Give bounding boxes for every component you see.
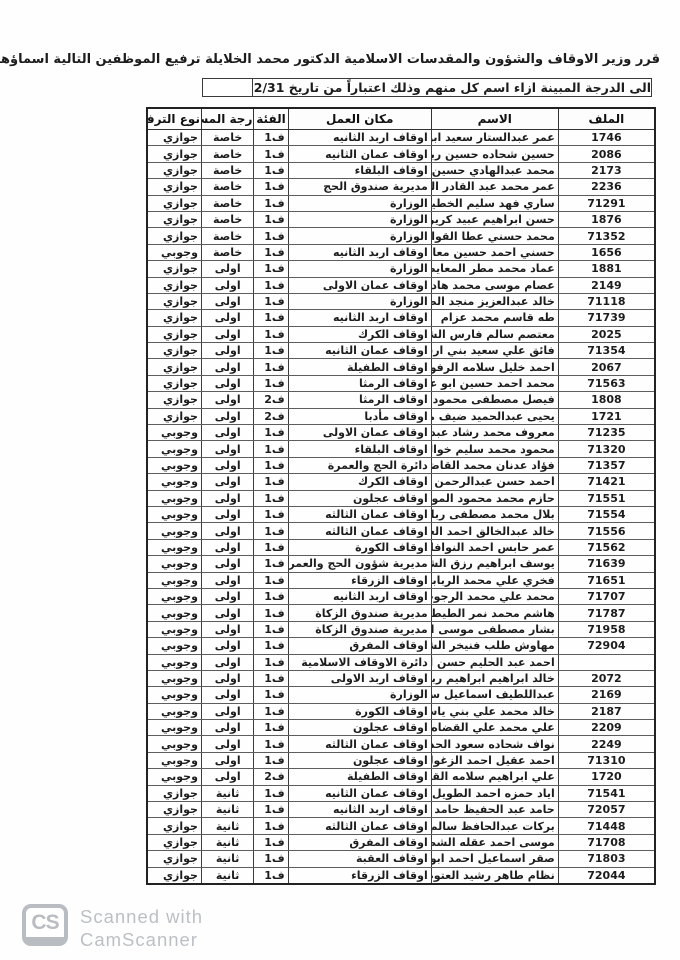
- cell-grade: خاصة: [201, 130, 253, 146]
- cell-promotion-type: جوازي: [147, 326, 201, 342]
- cell-workplace: اوقاف عجلون: [288, 752, 431, 768]
- header-employee-name: الاسم: [431, 108, 558, 130]
- cell-grade: اولى: [201, 654, 253, 670]
- cell-file-number: 1656: [558, 244, 655, 260]
- table-row: 71235 معروف محمد رشاد عبدالسلام الشر اوق…: [147, 425, 655, 441]
- cell-category: ف1: [254, 703, 288, 719]
- cell-promotion-type: جوازي: [147, 162, 201, 178]
- cell-category: ف1: [254, 851, 288, 867]
- cell-grade: اولى: [201, 687, 253, 703]
- cell-category: ف1: [254, 457, 288, 473]
- cell-category: ف1: [254, 343, 288, 359]
- cell-category: ف1: [254, 605, 288, 621]
- cell-promotion-type: جوازي: [147, 179, 201, 195]
- cell-file-number: 2187: [558, 703, 655, 719]
- camscanner-watermark: Scanned with CamScanner: [80, 906, 203, 951]
- table-row: 71310 احمد عقيل احمد الزغول اوقاف عجلون …: [147, 752, 655, 768]
- cell-category: ف1: [254, 490, 288, 506]
- table-row: 2236 عمر محمد عبد القادر الشعراوي مديرية…: [147, 179, 655, 195]
- cell-grade: اولى: [201, 523, 253, 539]
- cell-promotion-type: جوازي: [147, 851, 201, 867]
- cell-employee-name: فؤاد عدنان محمد القاضي: [431, 457, 558, 473]
- cell-grade: اولى: [201, 736, 253, 752]
- cell-promotion-type: وجوبي: [147, 720, 201, 736]
- cell-promotion-type: وجوبي: [147, 703, 201, 719]
- cell-workplace: اوقاف اربد الثانيه: [288, 588, 431, 604]
- table-row: 71291 ساري فهد سليم الخطيب الوزارة ف1 خا…: [147, 195, 655, 211]
- cell-grade: خاصة: [201, 211, 253, 227]
- table-row: 2149 عصام موسى محمد هادي اوقاف عمان الاو…: [147, 277, 655, 293]
- cell-employee-name: حسن ابراهيم عبيد كريره: [431, 211, 558, 227]
- table-row: 72044 نظام طاهر رشيد العتوم اوقاف الزرقا…: [147, 867, 655, 884]
- cell-grade: ثانية: [201, 867, 253, 884]
- cell-workplace: الوزارة: [288, 195, 431, 211]
- cell-employee-name: هاشم محمد نمر الطيطي: [431, 605, 558, 621]
- cell-promotion-type: وجوبي: [147, 523, 201, 539]
- table-row: 71554 بلال محمد مصطفى ربابعه اوقاف عمان …: [147, 506, 655, 522]
- cell-promotion-type: وجوبي: [147, 506, 201, 522]
- cell-workplace: اوقاف الكورة: [288, 703, 431, 719]
- cell-promotion-type: جوازي: [147, 785, 201, 801]
- cell-category: ف1: [254, 588, 288, 604]
- table-row: 71707 محمد علي محمد الرجوب اوقاف اربد ال…: [147, 588, 655, 604]
- cell-file-number: 71357: [558, 457, 655, 473]
- cell-grade: اولى: [201, 720, 253, 736]
- cell-promotion-type: وجوبي: [147, 474, 201, 490]
- table-header-row: الملف الاسم مكان العمل الفئة رجة المستح …: [147, 108, 655, 130]
- cell-workplace: اوقاف البلقاء: [288, 441, 431, 457]
- table-row: 71354 فائق علي سعيد بني ارشيد اوقاف عمان…: [147, 343, 655, 359]
- cell-promotion-type: وجوبي: [147, 769, 201, 785]
- cell-workplace: اوقاف عمان الثانيه: [288, 146, 431, 162]
- cell-employee-name: حازم محمد محمود المومني: [431, 490, 558, 506]
- cell-file-number: 1746: [558, 130, 655, 146]
- empty-box: [202, 78, 252, 97]
- cell-employee-name: محمود محمد سليم خوالده: [431, 441, 558, 457]
- table-row: 71651 فخري علي محمد الربابعه اوقاف الزرق…: [147, 572, 655, 588]
- table-row: 71563 محمد احمد حسين ابو عياش اوقاف الرم…: [147, 375, 655, 391]
- table-row: 2067 احمد خليل سلامه الرفوع اوقاف الطفيل…: [147, 359, 655, 375]
- cell-grade: اولى: [201, 572, 253, 588]
- table-row: 71739 طه قاسم محمد عزام اوقاف اربد الثان…: [147, 310, 655, 326]
- cell-grade: اولى: [201, 310, 253, 326]
- cell-file-number: 71291: [558, 195, 655, 211]
- cell-promotion-type: جوازي: [147, 277, 201, 293]
- cell-grade: اولى: [201, 343, 253, 359]
- cell-grade: اولى: [201, 490, 253, 506]
- cell-category: ف1: [254, 621, 288, 637]
- table-row: 1881 عماد محمد مطر المعايطه الوزارة ف1 ا…: [147, 261, 655, 277]
- table-row: 71562 عمر حابس احمد النوافله اوقاف الكور…: [147, 539, 655, 555]
- cell-workplace: اوقاف عجلون: [288, 720, 431, 736]
- cell-file-number: 71118: [558, 293, 655, 309]
- cell-promotion-type: وجوبي: [147, 638, 201, 654]
- cell-workplace: اوقاف عجلون: [288, 490, 431, 506]
- cell-grade: اولى: [201, 261, 253, 277]
- cell-file-number: 1720: [558, 769, 655, 785]
- cell-employee-name: خالد محمد علي بني ياسين: [431, 703, 558, 719]
- table-row: 2187 خالد محمد علي بني ياسين اوقاف الكور…: [147, 703, 655, 719]
- table-row: 71787 هاشم محمد نمر الطيطي مديرية صندوق …: [147, 605, 655, 621]
- cell-category: ف1: [254, 834, 288, 850]
- cell-promotion-type: وجوبي: [147, 752, 201, 768]
- table-row: 2173 محمد عبدالهادي حسين الوريكات اوقاف …: [147, 162, 655, 178]
- cell-category: ف1: [254, 162, 288, 178]
- cell-file-number: 71354: [558, 343, 655, 359]
- scanned-page: قرر وزير الاوقاف والشؤون والمقدسات الاسل…: [0, 0, 680, 960]
- cell-workplace: اوقاف الرمثا: [288, 375, 431, 391]
- cell-file-number: 71556: [558, 523, 655, 539]
- cell-employee-name: عمر حابس احمد النوافله: [431, 539, 558, 555]
- table-row: 71320 محمود محمد سليم خوالده اوقاف البلق…: [147, 441, 655, 457]
- cell-grade: اولى: [201, 359, 253, 375]
- cell-promotion-type: وجوبي: [147, 457, 201, 473]
- table-row: 72904 مهاوش طلب فنيخر الشرفات اوقاف المف…: [147, 638, 655, 654]
- cell-category: ف1: [254, 277, 288, 293]
- cell-promotion-type: جوازي: [147, 343, 201, 359]
- cell-file-number: 71310: [558, 752, 655, 768]
- cell-category: ف1: [254, 736, 288, 752]
- cell-promotion-type: جوازي: [147, 834, 201, 850]
- cell-workplace: دائرة الحج والعمرة: [288, 457, 431, 473]
- cell-workplace: دائرة الاوقاف الاسلامية: [288, 654, 431, 670]
- cell-employee-name: علي محمد علي القضاه: [431, 720, 558, 736]
- cell-workplace: مديرية صندوق الزكاة: [288, 605, 431, 621]
- cell-category: ف1: [254, 802, 288, 818]
- table-row: 71352 محمد حسني عطا القواقنه الوزارة ف1 …: [147, 228, 655, 244]
- cell-file-number: 71708: [558, 834, 655, 850]
- cell-promotion-type: جوازي: [147, 392, 201, 408]
- cell-workplace: الوزارة: [288, 687, 431, 703]
- header-grade: رجة المستح: [201, 108, 253, 130]
- cell-employee-name: علي ابراهيم سلامه القرارعه: [431, 769, 558, 785]
- cell-workplace: مديرية صندوق الزكاة: [288, 621, 431, 637]
- cell-category: ف1: [254, 146, 288, 162]
- cell-category: ف1: [254, 425, 288, 441]
- cell-grade: ثانية: [201, 834, 253, 850]
- cell-category: ف1: [254, 130, 288, 146]
- table-row: 71803 صقر اسماعيل احمد ابوصفيه اوقاف الع…: [147, 851, 655, 867]
- cell-file-number: 71651: [558, 572, 655, 588]
- cell-workplace: الوزارة: [288, 211, 431, 227]
- cell-employee-name: حسين شحاده حسين ربابعه: [431, 146, 558, 162]
- cell-grade: خاصة: [201, 228, 253, 244]
- cell-file-number: 71739: [558, 310, 655, 326]
- cell-file-number: 72044: [558, 867, 655, 884]
- cell-workplace: الوزارة: [288, 228, 431, 244]
- cell-workplace: اوقاف البلقاء: [288, 162, 431, 178]
- cell-grade: خاصة: [201, 146, 253, 162]
- cell-file-number: 2072: [558, 670, 655, 686]
- cell-category: ف1: [254, 687, 288, 703]
- cell-file-number: 2025: [558, 326, 655, 342]
- cell-file-number: 1808: [558, 392, 655, 408]
- cell-grade: اولى: [201, 638, 253, 654]
- watermark-line2: CamScanner: [80, 929, 203, 952]
- table-row: 1876 حسن ابراهيم عبيد كريره الوزارة ف1 خ…: [147, 211, 655, 227]
- table-row: 72057 حامد عبد الحفيظ حامد الشطناوي اوقا…: [147, 802, 655, 818]
- cell-promotion-type: جوازي: [147, 261, 201, 277]
- table-row: 71958 بشار مصطفى موسى ابوليلي مديرية صند…: [147, 621, 655, 637]
- table-row: 2072 خالد ابراهيم ابراهيم ربابعه اوقاف ا…: [147, 670, 655, 686]
- cell-promotion-type: وجوبي: [147, 621, 201, 637]
- decree-title-line2-row: الى الدرجة المبينة ازاء اسم كل منهم وذلك…: [202, 78, 652, 97]
- cell-file-number: 71958: [558, 621, 655, 637]
- table-row: 71551 حازم محمد محمود المومني اوقاف عجلو…: [147, 490, 655, 506]
- cell-workplace: اوقاف عمان الاولى: [288, 425, 431, 441]
- cell-grade: اولى: [201, 539, 253, 555]
- camscanner-logo-text: CS: [31, 911, 58, 935]
- cell-grade: اولى: [201, 277, 253, 293]
- cell-grade: اولى: [201, 293, 253, 309]
- cell-category: ف1: [254, 441, 288, 457]
- cell-category: ف1: [254, 572, 288, 588]
- cell-workplace: اوقاف عمان الثالثه: [288, 736, 431, 752]
- cell-category: ف1: [254, 818, 288, 834]
- cell-file-number: 71562: [558, 539, 655, 555]
- cell-workplace: اوقاف عمان الثانيه: [288, 343, 431, 359]
- cell-grade: اولى: [201, 588, 253, 604]
- table-row: 1808 فيصل مصطفى محمود عفيفي اوقاف الرمثا…: [147, 392, 655, 408]
- cell-file-number: 1721: [558, 408, 655, 424]
- cell-grade: اولى: [201, 506, 253, 522]
- cell-file-number: 72904: [558, 638, 655, 654]
- cell-employee-name: بركات عبدالحافظ سالم المرايحه: [431, 818, 558, 834]
- cell-grade: ثانية: [201, 802, 253, 818]
- table-row: 1656 حسني احمد حسين معابره اوقاف اربد ال…: [147, 244, 655, 260]
- cell-employee-name: طه قاسم محمد عزام: [431, 310, 558, 326]
- cell-promotion-type: جوازي: [147, 408, 201, 424]
- cell-category: ف1: [254, 293, 288, 309]
- cell-workplace: اوقاف المفرق: [288, 834, 431, 850]
- cell-workplace: اوقاف اربد الثانيه: [288, 310, 431, 326]
- cell-category: ف1: [254, 310, 288, 326]
- table-row: 71556 خالد عبدالخالق احمد العتله اوقاف ع…: [147, 523, 655, 539]
- cell-promotion-type: وجوبي: [147, 539, 201, 555]
- cell-file-number: 71554: [558, 506, 655, 522]
- cell-grade: خاصة: [201, 179, 253, 195]
- cell-workplace: اوقاف الكرك: [288, 326, 431, 342]
- cell-promotion-type: جوازي: [147, 130, 201, 146]
- cell-grade: خاصة: [201, 195, 253, 211]
- cell-file-number: 2067: [558, 359, 655, 375]
- table-row: 2025 معتصم سالم فارس الشمايله اوقاف الكر…: [147, 326, 655, 342]
- cell-workplace: اوقاف عمان الثالثه: [288, 818, 431, 834]
- cell-grade: ثانية: [201, 818, 253, 834]
- cell-file-number: 71563: [558, 375, 655, 391]
- cell-file-number: 2169: [558, 687, 655, 703]
- cell-employee-name: اياد حمزه احمد الطويل: [431, 785, 558, 801]
- table-row: 2249 نواف شحاده سعود الحديد اوقاف عمان ا…: [147, 736, 655, 752]
- cell-workplace: اوقاف عمان الثالثه: [288, 506, 431, 522]
- cell-file-number: 71707: [558, 588, 655, 604]
- cell-workplace: اوقاف عمان الثانيه: [288, 785, 431, 801]
- cell-file-number: 71320: [558, 441, 655, 457]
- cell-grade: اولى: [201, 703, 253, 719]
- cell-employee-name: محمد احمد حسين ابو عياش: [431, 375, 558, 391]
- cell-grade: خاصة: [201, 162, 253, 178]
- header-workplace: مكان العمل: [288, 108, 431, 130]
- table-row: 2086 حسين شحاده حسين ربابعه اوقاف عمان ا…: [147, 146, 655, 162]
- cell-employee-name: فخري علي محمد الربابعه: [431, 572, 558, 588]
- cell-promotion-type: جوازي: [147, 310, 201, 326]
- table-row: 1746 عمر عبدالستار سعيد ابوالرب اوقاف ار…: [147, 130, 655, 146]
- table-row: 71357 فؤاد عدنان محمد القاضي دائرة الحج …: [147, 457, 655, 473]
- cell-grade: اولى: [201, 670, 253, 686]
- cell-grade: اولى: [201, 621, 253, 637]
- cell-employee-name: محمد علي محمد الرجوب: [431, 588, 558, 604]
- cell-file-number: [558, 654, 655, 670]
- cell-employee-name: عمر محمد عبد القادر الشعراوي: [431, 179, 558, 195]
- cell-workplace: اوقاف عمان الثالثه: [288, 523, 431, 539]
- cell-grade: اولى: [201, 441, 253, 457]
- cell-promotion-type: جوازي: [147, 818, 201, 834]
- cell-category: ف1: [254, 211, 288, 227]
- cell-employee-name: مهاوش طلب فنيخر الشرفات: [431, 638, 558, 654]
- cell-employee-name: يوسف ابراهيم رزق الشبلي: [431, 556, 558, 572]
- cell-employee-name: احمد حسن عبدالرحمن مومني: [431, 474, 558, 490]
- cell-category: ف2: [254, 392, 288, 408]
- cell-promotion-type: جوازي: [147, 802, 201, 818]
- table-row: 71708 موسى احمد عقله الشطناوي اوقاف المف…: [147, 834, 655, 850]
- cell-category: ف1: [254, 654, 288, 670]
- header-file-number: الملف: [558, 108, 655, 130]
- cell-category: ف1: [254, 752, 288, 768]
- cell-employee-name: عبداللطيف اسماعيل سمور غماز: [431, 687, 558, 703]
- cell-promotion-type: وجوبي: [147, 687, 201, 703]
- cell-employee-name: احمد عقيل احمد الزغول: [431, 752, 558, 768]
- cell-file-number: 71448: [558, 818, 655, 834]
- cell-workplace: اوقاف اربد الاولى: [288, 670, 431, 686]
- cell-promotion-type: وجوبي: [147, 572, 201, 588]
- table-row: 71541 اياد حمزه احمد الطويل اوقاف عمان ا…: [147, 785, 655, 801]
- cell-file-number: 2149: [558, 277, 655, 293]
- table-header: الملف الاسم مكان العمل الفئة رجة المستح …: [147, 108, 655, 130]
- cell-category: ف1: [254, 375, 288, 391]
- cell-workplace: مديرية شؤون الحج والعمرة: [288, 556, 431, 572]
- cell-category: ف1: [254, 195, 288, 211]
- cell-grade: اولى: [201, 769, 253, 785]
- cell-workplace: اوقاف الكورة: [288, 539, 431, 555]
- cell-category: ف1: [254, 785, 288, 801]
- cell-category: ف1: [254, 720, 288, 736]
- cell-category: ف1: [254, 228, 288, 244]
- cell-workplace: اوقاف الزرقاء: [288, 867, 431, 884]
- cell-employee-name: بلال محمد مصطفى ربابعه: [431, 506, 558, 522]
- cell-employee-name: حسني احمد حسين معابره: [431, 244, 558, 260]
- cell-category: ف1: [254, 326, 288, 342]
- cell-workplace: اوقاف المفرق: [288, 638, 431, 654]
- table-row: 2209 علي محمد علي القضاه اوقاف عجلون ف1 …: [147, 720, 655, 736]
- cell-file-number: 2209: [558, 720, 655, 736]
- cell-employee-name: معتصم سالم فارس الشمايله: [431, 326, 558, 342]
- cell-file-number: 71421: [558, 474, 655, 490]
- cell-category: ف1: [254, 506, 288, 522]
- cell-employee-name: احمد خليل سلامه الرفوع: [431, 359, 558, 375]
- cell-workplace: اوقاف مأدبا: [288, 408, 431, 424]
- cell-promotion-type: جوازي: [147, 375, 201, 391]
- cell-workplace: اوقاف الكرك: [288, 474, 431, 490]
- cell-workplace: اوقاف الطفيلة: [288, 769, 431, 785]
- cell-grade: اولى: [201, 408, 253, 424]
- cell-category: ف1: [254, 867, 288, 884]
- cell-file-number: 71235: [558, 425, 655, 441]
- cell-workplace: اوقاف الطفيلة: [288, 359, 431, 375]
- table-row: احمد عبد الحليم حسن القبج دائرة الاوقاف …: [147, 654, 655, 670]
- cell-category: ف1: [254, 261, 288, 277]
- table-row: 71118 خالد عبدالعزيز منجد الصغير الوزارة…: [147, 293, 655, 309]
- cell-workplace: اوقاف اربد الثانيه: [288, 802, 431, 818]
- cell-promotion-type: وجوبي: [147, 441, 201, 457]
- cell-file-number: 71352: [558, 228, 655, 244]
- promotion-table: الملف الاسم مكان العمل الفئة رجة المستح …: [146, 107, 656, 885]
- cell-workplace: الوزارة: [288, 261, 431, 277]
- cell-workplace: مديرية صندوق الحج: [288, 179, 431, 195]
- cell-employee-name: صقر اسماعيل احمد ابوصفيه: [431, 851, 558, 867]
- cell-workplace: اوقاف الرمثا: [288, 392, 431, 408]
- cell-promotion-type: جوازي: [147, 195, 201, 211]
- cell-employee-name: حامد عبد الحفيظ حامد الشطناوي: [431, 802, 558, 818]
- table-row: 2169 عبداللطيف اسماعيل سمور غماز الوزارة…: [147, 687, 655, 703]
- table-body: 1746 عمر عبدالستار سعيد ابوالرب اوقاف ار…: [147, 130, 655, 884]
- cell-grade: ثانية: [201, 851, 253, 867]
- cell-employee-name: خالد عبدالعزيز منجد الصغير: [431, 293, 558, 309]
- cell-category: ف1: [254, 244, 288, 260]
- cell-file-number: 71541: [558, 785, 655, 801]
- cell-employee-name: عماد محمد مطر المعايطه: [431, 261, 558, 277]
- cell-grade: اولى: [201, 375, 253, 391]
- camscanner-logo-icon: CS: [22, 904, 68, 946]
- cell-grade: اولى: [201, 326, 253, 342]
- cell-promotion-type: وجوبي: [147, 654, 201, 670]
- cell-grade: اولى: [201, 556, 253, 572]
- cell-employee-name: عصام موسى محمد هادي: [431, 277, 558, 293]
- cell-workplace: اوقاف اربد الثانيه: [288, 244, 431, 260]
- header-category: الفئة: [254, 108, 288, 130]
- cell-employee-name: ساري فهد سليم الخطيب: [431, 195, 558, 211]
- cell-workplace: اوقاف عمان الاولى: [288, 277, 431, 293]
- cell-employee-name: محمد حسني عطا القواقنه: [431, 228, 558, 244]
- cell-employee-name: محمد عبدالهادي حسين الوريكات: [431, 162, 558, 178]
- cell-file-number: 2236: [558, 179, 655, 195]
- cell-file-number: 2086: [558, 146, 655, 162]
- cell-promotion-type: جوازي: [147, 359, 201, 375]
- cell-file-number: 71639: [558, 556, 655, 572]
- cell-file-number: 1881: [558, 261, 655, 277]
- cell-promotion-type: وجوبي: [147, 425, 201, 441]
- cell-file-number: 72057: [558, 802, 655, 818]
- cell-workplace: اوقاف الزرقاء: [288, 572, 431, 588]
- cell-category: ف1: [254, 179, 288, 195]
- cell-promotion-type: وجوبي: [147, 588, 201, 604]
- cell-category: ف1: [254, 556, 288, 572]
- cell-employee-name: احمد عبد الحليم حسن القبج: [431, 654, 558, 670]
- cell-employee-name: موسى احمد عقله الشطناوي: [431, 834, 558, 850]
- cell-category: ف2: [254, 408, 288, 424]
- cell-promotion-type: وجوبي: [147, 605, 201, 621]
- cell-employee-name: عمر عبدالستار سعيد ابوالرب: [431, 130, 558, 146]
- cell-promotion-type: وجوبي: [147, 490, 201, 506]
- cell-promotion-type: جوازي: [147, 228, 201, 244]
- cell-employee-name: نواف شحاده سعود الحديد: [431, 736, 558, 752]
- cell-file-number: 2173: [558, 162, 655, 178]
- cell-category: ف1: [254, 359, 288, 375]
- cell-promotion-type: وجوبي: [147, 556, 201, 572]
- cell-category: ف1: [254, 670, 288, 686]
- cell-employee-name: فيصل مصطفى محمود عفيفي: [431, 392, 558, 408]
- cell-file-number: 2249: [558, 736, 655, 752]
- cell-promotion-type: وجوبي: [147, 736, 201, 752]
